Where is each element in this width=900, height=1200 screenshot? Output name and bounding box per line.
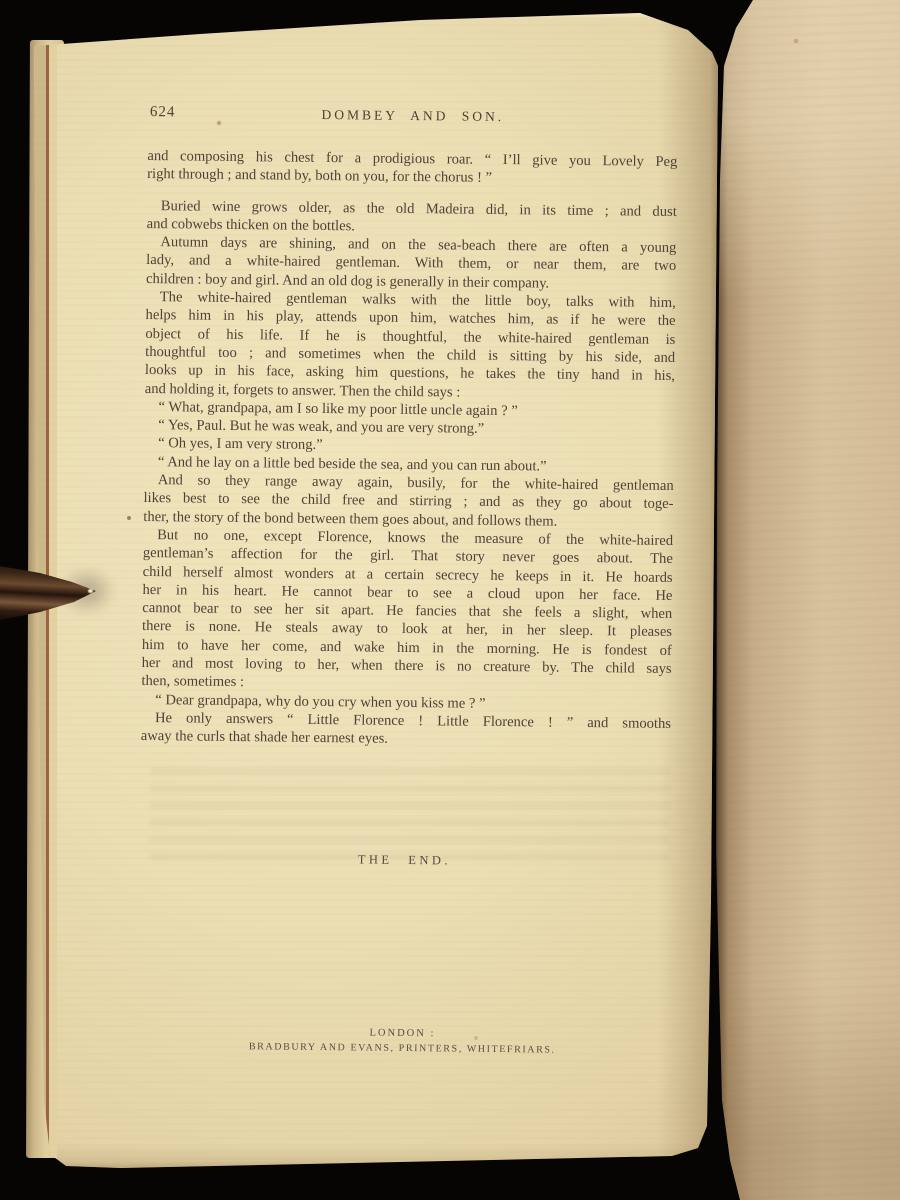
- paragraph: But no one, except Florence, knows the m…: [141, 526, 673, 697]
- colophon: LONDON : BRADBURY AND EVANS, PRINTERS, W…: [137, 1022, 667, 1058]
- page-number: 624: [150, 104, 176, 121]
- paragraph: And so they range away again, busily, fo…: [143, 471, 674, 532]
- body-text: and composing his chest for a prodigious…: [141, 147, 678, 751]
- book-photo: 624 DOMBEY AND SON. and composing his ch…: [0, 0, 900, 1200]
- printed-page-text: 624 DOMBEY AND SON. and composing his ch…: [137, 104, 678, 1058]
- paragraph: and composing his chest for a prodigious…: [147, 147, 677, 190]
- page-marker-tip-highlight: [88, 589, 93, 593]
- right-book-page: [714, 0, 900, 1200]
- paragraph: He only answers “ Little Florence ! Litt…: [141, 709, 671, 752]
- foxing-specks: [0, 0, 2, 2]
- paragraph: The white-haired gentleman walks with th…: [145, 288, 676, 404]
- paragraph: Autumn days are shining, and on the sea-…: [146, 233, 677, 294]
- running-title: DOMBEY AND SON.: [321, 107, 504, 125]
- the-end-label: THE END.: [139, 849, 669, 870]
- paragraph: Buried wine grows older, as the old Made…: [147, 197, 677, 240]
